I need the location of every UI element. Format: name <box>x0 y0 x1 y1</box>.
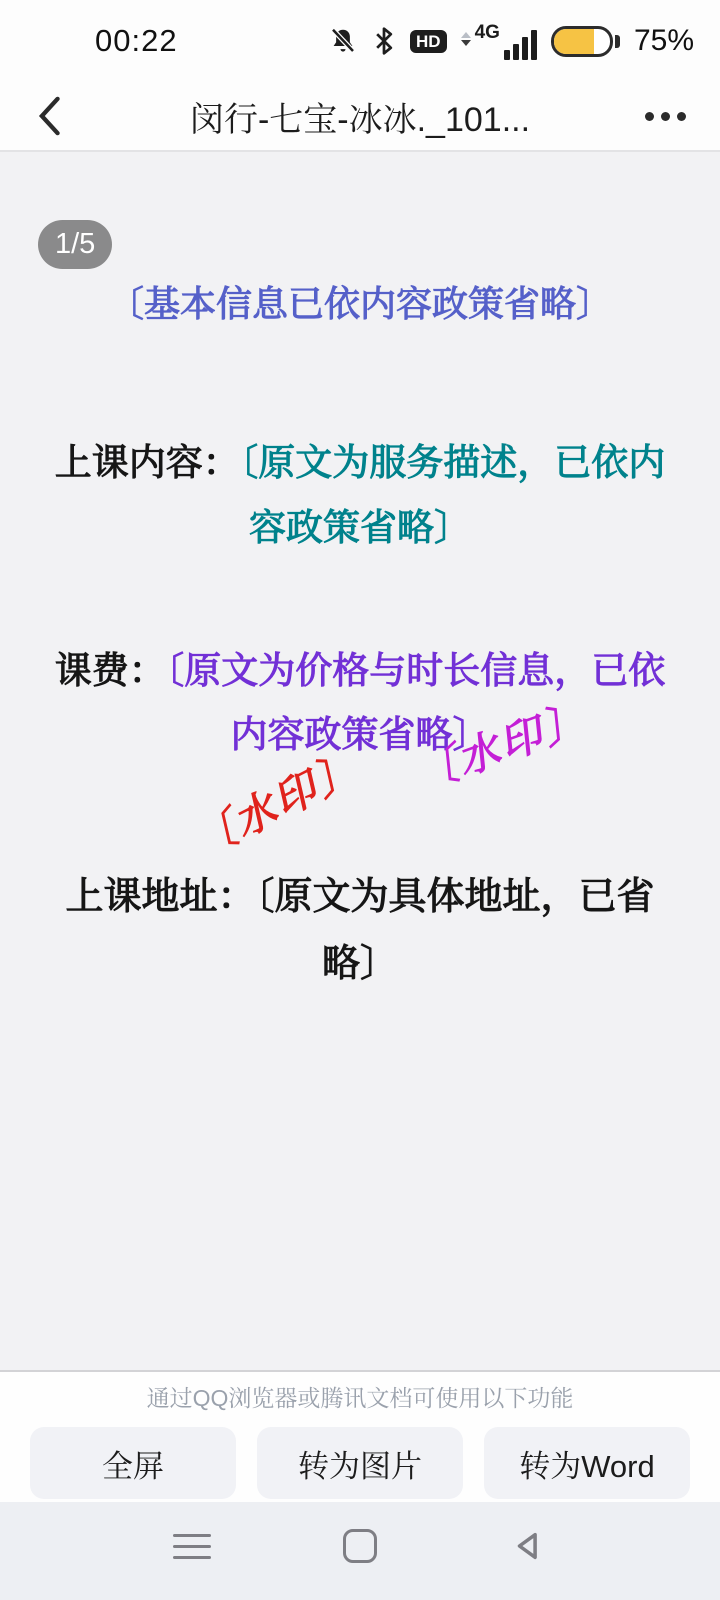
back-triangle-icon <box>511 1529 545 1563</box>
pricing-label: 课费： <box>55 650 166 691</box>
address-text: 〔原文为具体地址，已省略〕 <box>256 876 655 985</box>
hd-badge: HD <box>410 30 447 53</box>
services-paragraph-redacted: 上课内容：〔原文为服务描述，已依内容政策省略〕 <box>0 431 720 561</box>
data-arrows-icon <box>461 32 471 46</box>
footer-hint-text: 通过QQ浏览器或腾讯文档可使用以下功能 <box>0 1380 720 1413</box>
stats-line-redacted: 〔基本信息已依内容政策省略〕 <box>0 272 720 335</box>
pricing-paragraph-redacted: 课费：〔原文为价格与时长信息，已依内容政策省略〕 <box>0 639 720 769</box>
fullscreen-button[interactable]: 全屏 <box>30 1427 236 1499</box>
battery-icon <box>551 26 620 57</box>
screen: 00:22 HD 4G 75% 闵行-七宝-冰冰._101... <box>0 0 720 1600</box>
convert-to-image-button[interactable]: 转为图片 <box>257 1427 463 1499</box>
home-button[interactable] <box>338 1526 382 1566</box>
battery-percent: 75% <box>634 24 694 58</box>
menu-icon <box>173 1534 211 1559</box>
document-viewer[interactable]: 1/5 〔基本信息已依内容政策省略〕 上课内容：〔原文为服务描述，已依内容政策省… <box>0 154 720 1370</box>
network-type-label: 4G <box>475 22 500 44</box>
address-label: 上课地址： <box>65 876 255 918</box>
bluetooth-icon <box>372 26 396 56</box>
services-text: 〔原文为服务描述，已依内容政策省略〕 <box>240 442 666 548</box>
pricing-text: 〔原文为价格与时长信息，已依内容政策省略〕 <box>166 650 666 756</box>
android-nav-bar <box>0 1502 720 1600</box>
status-bar: 00:22 HD 4G 75% <box>0 0 720 82</box>
services-label: 上课内容： <box>55 442 240 483</box>
footer-toolbar: 通过QQ浏览器或腾讯文档可使用以下功能 全屏 转为图片 转为Word <box>0 1370 720 1502</box>
recents-menu-button[interactable] <box>170 1526 214 1566</box>
page-indicator-badge: 1/5 <box>38 220 112 269</box>
more-menu-button[interactable] <box>645 94 686 138</box>
clock: 00:22 <box>95 23 178 59</box>
signal-bars-icon <box>504 30 537 60</box>
signal-indicator: 4G <box>461 22 537 60</box>
nav-bar: 闵行-七宝-冰冰._101... <box>0 82 720 152</box>
home-icon <box>343 1529 377 1563</box>
convert-to-word-button[interactable]: 转为Word <box>484 1427 690 1499</box>
muted-bell-icon <box>328 26 358 56</box>
back-button[interactable] <box>34 94 78 138</box>
android-back-button[interactable] <box>506 1526 550 1566</box>
document-title: 闵行-七宝-冰冰._101... <box>190 92 530 141</box>
address-paragraph-redacted: 上课地址：〔原文为具体地址，已省略〕 <box>0 864 720 997</box>
